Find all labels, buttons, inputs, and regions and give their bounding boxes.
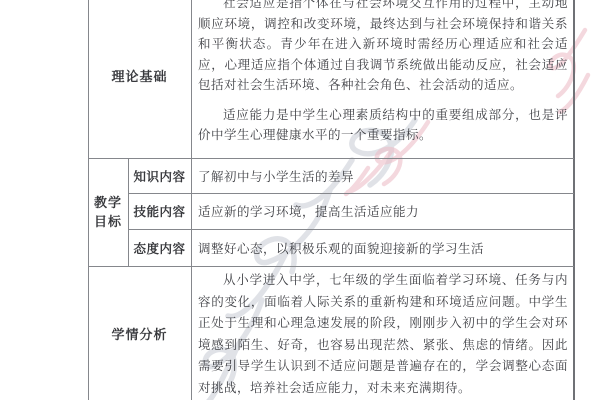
teaching-goal-row-label: 教学目标 <box>88 158 128 266</box>
table-border-right <box>573 0 575 400</box>
skill-label-text: 技能内容 <box>133 202 185 220</box>
skill-content-value: 适应新的学习环境，提高生活适应能力 <box>191 193 573 229</box>
theory-basis-content: 社会适应是指个体在与社会环境交互作用的过程中，主动地顺应环境，调控和改变环境，最… <box>198 0 568 155</box>
attitude-label-text: 态度内容 <box>133 239 185 257</box>
attitude-content-label: 态度内容 <box>128 229 191 266</box>
attitude-content-text: 调整好心态，以积极乐观的面貌迎接新的学习生活 <box>198 239 484 257</box>
knowledge-label-text: 知识内容 <box>133 167 185 185</box>
attitude-content-value: 调整好心态，以积极乐观的面貌迎接新的学习生活 <box>191 229 573 266</box>
theory-basis-label-text: 理论基础 <box>111 66 167 85</box>
skill-content-text: 适应新的学习环境，提高生活适应能力 <box>198 202 419 220</box>
document-page: 理论基础 社会适应是指个体在与社会环境交互作用的过程中，主动地顺应环境，调控和改… <box>0 0 600 400</box>
theory-paragraph-2: 适应能力是中学生心理素质结构中的重要组成部分，也是评价中学生心理健康水平的一个重… <box>198 105 568 146</box>
teaching-goal-label-text: 教学目标 <box>92 193 123 231</box>
learner-analysis-paragraph: 从小学进入中学，七年级的学生面临着学习环境、任务与内容的变化，面临着人际关系的重… <box>198 270 568 399</box>
knowledge-content-label: 知识内容 <box>128 158 191 193</box>
learner-analysis-row-label: 学情分析 <box>88 266 191 400</box>
learner-analysis-content: 从小学进入中学，七年级的学生面临着学习环境、任务与内容的变化，面临着人际关系的重… <box>198 270 568 400</box>
theory-paragraph-1: 社会适应是指个体在与社会环境交互作用的过程中，主动地顺应环境，调控和改变环境，最… <box>198 0 568 96</box>
learner-analysis-label-text: 学情分析 <box>111 324 167 343</box>
knowledge-content-value: 了解初中与小学生活的差异 <box>191 158 573 193</box>
knowledge-content-text: 了解初中与小学生活的差异 <box>198 167 354 185</box>
skill-content-label: 技能内容 <box>128 193 191 229</box>
theory-basis-row-label: 理论基础 <box>88 58 191 92</box>
